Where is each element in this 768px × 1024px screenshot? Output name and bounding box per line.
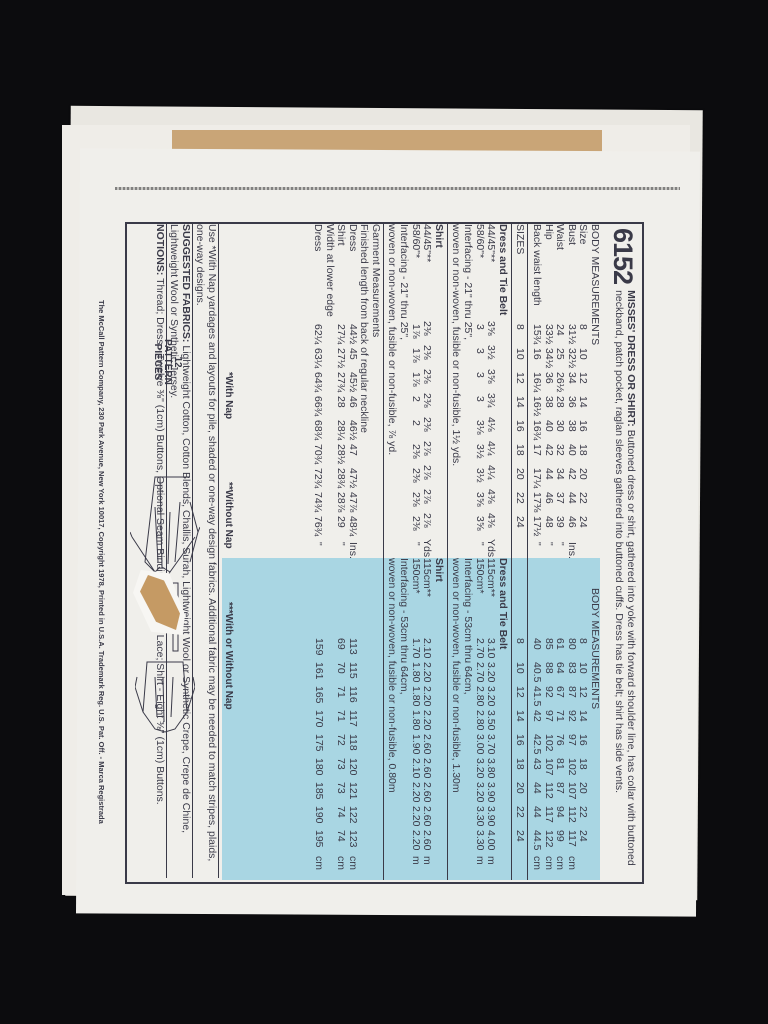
metric-width-row: 159161165170175180185190195cm [312, 558, 324, 880]
metric-yardage-row: 115cm**3.103.203.203.503.703.803.903.904… [485, 558, 497, 880]
metric-yardage-row: 115cm**2.102.202.202.202.602.602.602.602… [421, 558, 433, 880]
metric-interfacing: Interfacing - 53cm thru 64cm, [461, 558, 473, 880]
metric-interfacing-note: woven or non-woven, fusible or non-fusib… [386, 558, 398, 880]
shirt-sketch-icon [135, 657, 195, 742]
metric-measurement-row: 8083879297102107112117cm [565, 558, 577, 880]
envelope-back-content: 6152 MISSES' DRESS OR SHIRT: Buttoned dr… [125, 222, 640, 880]
metric-table: BODY MEASUREMENTS81012141618202224808387… [222, 558, 600, 880]
pieces-label: PATTERN PIECES [152, 332, 172, 392]
pattern-title: MISSES' DRESS OR SHIRT: [625, 290, 637, 427]
sizes-row: SIZES81012141618202224 [514, 224, 526, 560]
yardage-row: 58/60"*33333⅛3½3½3⅝3⅝" [473, 224, 485, 560]
header: 6152 MISSES' DRESS OR SHIRT: Buttoned dr… [610, 228, 636, 878]
body-measurements-label: BODY MEASUREMENTS [588, 224, 600, 560]
width-row: Dress62¼63¼64¾66¾68¾70¾72¾74¾76¾" [311, 224, 323, 560]
interfacing: Interfacing - 21" thru 25", [398, 224, 410, 560]
metric-body-measurements-label: BODY MEASUREMENTS [588, 558, 600, 880]
copyright-footer: The McCall Pattern Company, 230 Park Ave… [97, 300, 106, 900]
metric-garment-row: 697071717273737474cm [335, 558, 347, 880]
interfacing-note: woven or non-woven, fusible or non-fusib… [450, 224, 462, 560]
yardage-row: 44/45"**2⅜2⅜2⅜2⅜2⅜2⅞2⅞2⅞2⅞Yds. [421, 224, 433, 560]
measurement-row: Waist242526½283032343739" [554, 224, 566, 560]
metric-yardage-row: 150cm*2.702.702.802.803.003.203.203.303.… [473, 558, 485, 880]
pieces-number: 12 [172, 332, 182, 392]
metric-dress-belt-label: Dress and Tie Belt [496, 558, 508, 880]
dress-belt-label: Dress and Tie Belt [496, 224, 508, 560]
interfacing-note: woven or non-woven, fusible or non-fusib… [386, 224, 398, 560]
notions-label: NOTIONS: [154, 224, 166, 275]
metric-measurement-row: 4040.541.54242.543444444.5cm [530, 558, 542, 880]
metric-size-row: 81012141618202224 [577, 558, 589, 880]
yardage-row: 58/60"*1⅞1⅞1⅞222⅜2⅜2⅜2⅜" [409, 224, 421, 560]
yardage-row: 44/45"**3⅝3½3⅝3¾4⅛4¼4¼4⅜4⅜Yds. [485, 224, 497, 560]
perforation-line [115, 187, 680, 190]
shirt-label: Shirt [432, 224, 444, 560]
metric-sizes-row: 81012141618202224 [514, 558, 526, 880]
garment-row: Shirt27¼27½27¾2828¼28½28¾28⅞29" [335, 224, 347, 560]
garment-measurements-label: Garment Measurements [369, 224, 381, 560]
metric-shirt-label: Shirt [432, 558, 444, 880]
metric-interfacing: Interfacing - 53cm thru 64cm, [398, 558, 410, 880]
measurement-row: Size81012141618202224 [577, 224, 589, 560]
finished-length-label: Finished length from back of regular nec… [358, 224, 370, 560]
measurement-row: Hip33½34½36384042444648" [542, 224, 554, 560]
with-nap-label: *With Nap [222, 372, 234, 419]
metric-garment-row: 113115116117118120121122123cm [346, 558, 358, 880]
interfacing: Interfacing - 21" thru 25", [461, 224, 473, 560]
pattern-number: 6152 [610, 228, 636, 284]
metric-measurement-row: 85889297102107112117122cm [542, 558, 554, 880]
pattern-description: MISSES' DRESS OR SHIRT: Buttoned dress o… [613, 228, 636, 878]
imperial-table: BODY MEASUREMENTSSize81012141618202224Bu… [311, 224, 600, 560]
garment-row: Dress44½4545½4646½4747½47⅞48¼Ins. [346, 224, 358, 560]
width-label: Width at lower edge [323, 224, 335, 560]
measurement-row: Back waist length15¾1616¼16½16¾1717¼17⅜1… [530, 224, 542, 560]
pattern-pieces-count: 12 PATTERN PIECES [152, 332, 182, 392]
metric-interfacing-note: woven or non-woven, fusible or non-fusib… [450, 558, 462, 880]
metric-measurement-row: 616467717681879499cm [554, 558, 566, 880]
measurement-row: Bust31½32½34363840424446Ins. [565, 224, 577, 560]
with-or-without-nap-label: ***With or Without Nap [222, 602, 234, 710]
metric-yardage-row: 150cm*1.701.801.801.801.902.102.202.202.… [409, 558, 421, 880]
without-nap-label: **Without Nap [222, 482, 234, 549]
fabrics-label: SUGGESTED FABRICS: [180, 224, 192, 342]
